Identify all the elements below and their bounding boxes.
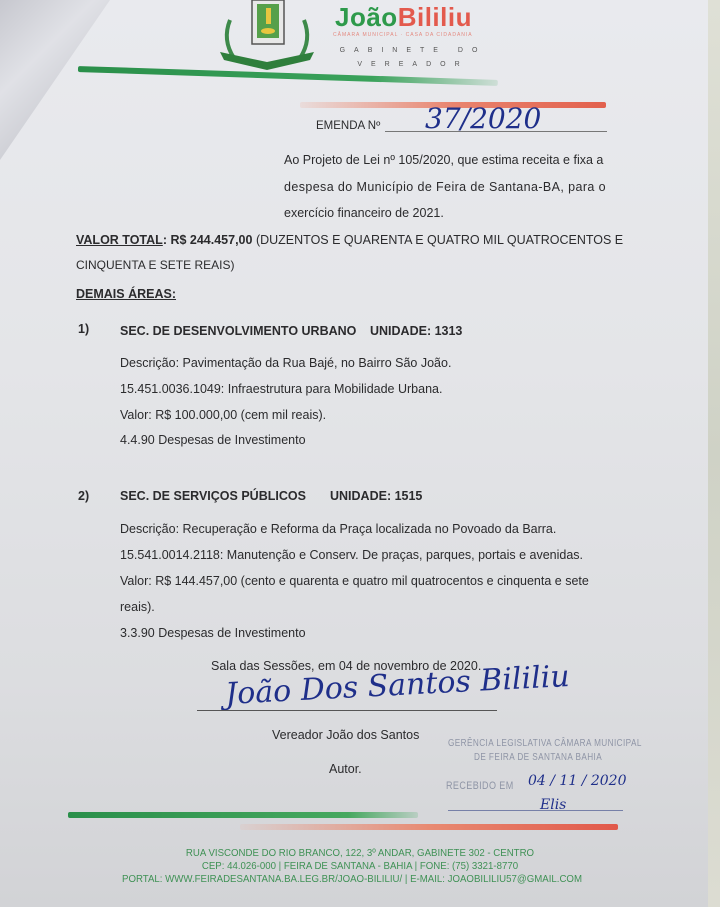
item-1-secretaria: SEC. DE DESENVOLVIMENTO URBANO: [120, 324, 356, 338]
brand-subtitle: CÂMARA MUNICIPAL · CASA DA CIDADANIA: [333, 32, 473, 38]
stamp-received-date: 04 / 11 / 2020: [528, 773, 627, 789]
municipal-crest-icon: [212, 0, 322, 72]
document-page: JoãoBililiu CÂMARA MUNICIPAL · CASA DA C…: [0, 0, 708, 907]
office-title-line1: GABINETE DO: [338, 44, 488, 58]
emenda-number: 37/2020: [425, 102, 541, 135]
footer-contact: CEP: 44.026-000 | FEIRA DE SANTANA - BAH…: [84, 860, 636, 872]
stamp-received-label: RECEBIDO EM: [446, 780, 514, 792]
brand-last-name: Bililiu: [398, 2, 472, 32]
item-1-valor: Valor: R$ 100.000,00 (cem mil reais).: [120, 408, 326, 422]
item-2-despesa: 3.3.90 Despesas de Investimento: [120, 626, 306, 640]
footer-green-bar: [68, 812, 418, 818]
item-2-secretaria: SEC. DE SERVIÇOS PÚBLICOS: [120, 489, 306, 503]
valor-total-words-2: CINQUENTA E SETE REAIS): [76, 258, 234, 272]
background-wall: [706, 0, 720, 907]
item-2-programa: 15.541.0014.2118: Manutenção e Conserv. …: [120, 548, 583, 562]
preamble-line-1: Ao Projeto de Lei nº 105/2020, que estim…: [284, 153, 603, 167]
demais-areas-heading: DEMAIS ÁREAS:: [76, 287, 176, 301]
emenda-label: EMENDA Nº: [316, 120, 380, 132]
stamp-line-1: GERÊNCIA LEGISLATIVA CÂMARA MUNICIPAL: [448, 738, 642, 749]
signer-role: Autor.: [329, 762, 362, 776]
valor-total-words-1: (DUZENTOS E QUARENTA E QUATRO MIL QUATRO…: [256, 233, 623, 247]
item-2-valor-cont: reais).: [120, 600, 155, 614]
footer-portal: PORTAL: WWW.FEIRADESANTANA.BA.LEG.BR/JOA…: [76, 873, 628, 885]
item-1-unidade: UNIDADE: 1313: [370, 324, 462, 338]
office-title-line2: VEREADOR: [338, 58, 488, 72]
signer-name: Vereador João dos Santos: [272, 728, 419, 742]
item-2-descricao: Descrição: Recuperação e Reforma da Praç…: [120, 522, 556, 536]
valor-total-label: VALOR TOTAL: [76, 233, 163, 247]
valor-total-line-1: VALOR TOTAL: R$ 244.457,00 (DUZENTOS E Q…: [76, 233, 623, 247]
folded-corner: [0, 0, 110, 160]
item-1-programa: 15.451.0036.1049: Infraestrutura para Mo…: [120, 382, 442, 396]
valor-total-amount: R$ 244.457,00: [170, 233, 252, 247]
preamble-line-2: despesa do Município de Feira de Santana…: [284, 180, 606, 194]
item-2-valor: Valor: R$ 144.457,00 (cento e quarenta e…: [120, 574, 589, 588]
stamp-initials-line: [448, 810, 623, 811]
item-1-number: 1): [78, 322, 89, 336]
stamp-line-2: DE FEIRA DE SANTANA BAHIA: [474, 752, 602, 763]
signature-line: [197, 710, 497, 711]
item-1-descricao: Descrição: Pavimentação da Rua Bajé, no …: [120, 356, 451, 370]
item-2-unidade: UNIDADE: 1515: [330, 489, 422, 503]
item-1-despesa: 4.4.90 Despesas de Investimento: [120, 433, 306, 447]
item-2-number: 2): [78, 489, 89, 503]
preamble-line-3: exercício financeiro de 2021.: [284, 206, 444, 220]
footer-red-bar: [240, 824, 618, 830]
brand-logo: JoãoBililiu: [335, 2, 472, 33]
office-title: GABINETE DO VEREADOR: [338, 44, 488, 72]
footer-address: RUA VISCONDE DO RIO BRANCO, 122, 3º ANDA…: [84, 847, 636, 859]
brand-first-name: João: [335, 2, 398, 32]
